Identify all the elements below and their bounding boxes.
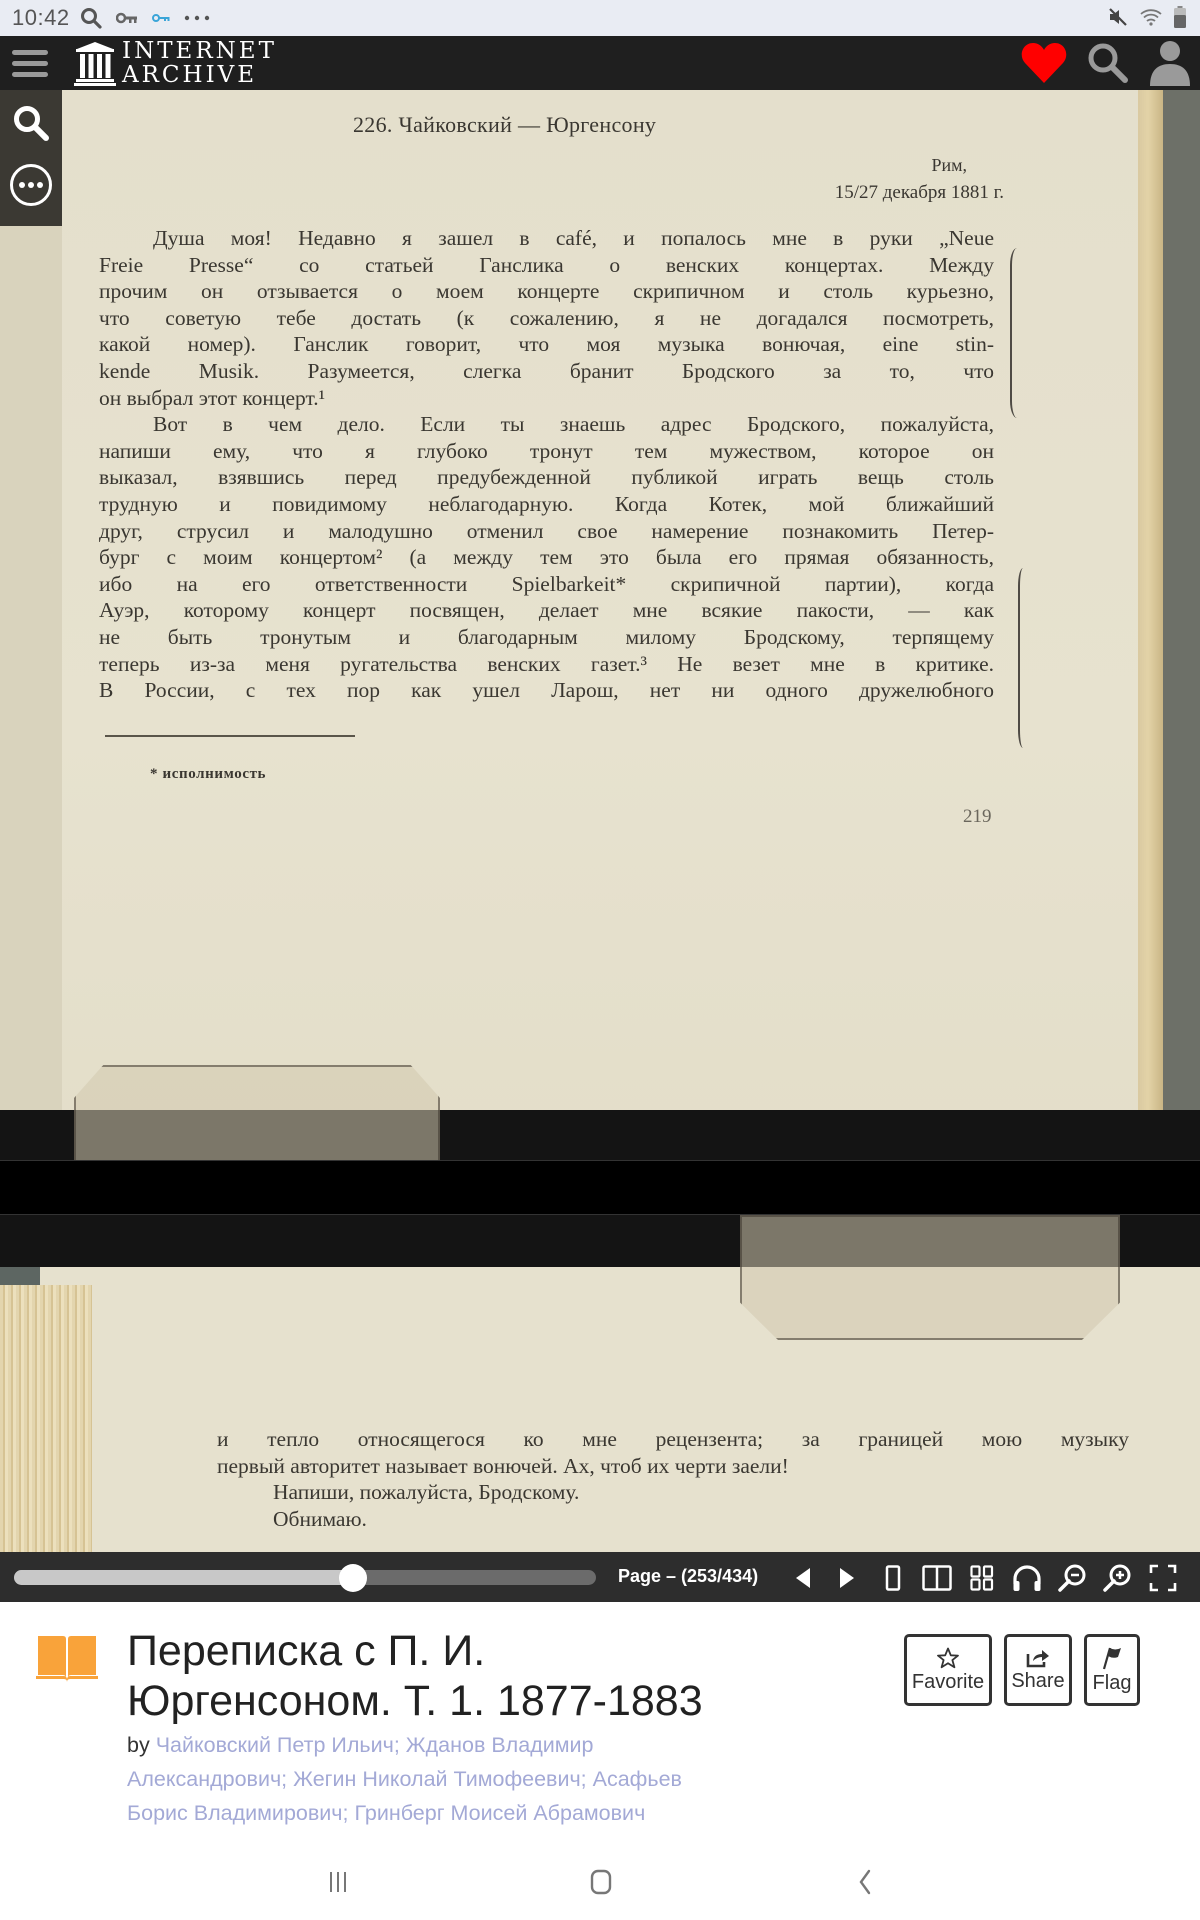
by-label: by <box>127 1733 150 1757</box>
text-line: Вот в чем дело. Если ты знаешь адрес Бро… <box>99 411 994 438</box>
text-line: Обнимаю. <box>217 1506 1129 1533</box>
item-title-line: Переписка с П. И. <box>127 1626 767 1676</box>
share-button[interactable]: Share <box>1004 1634 1072 1706</box>
logo-line-internet: INTERNET <box>122 39 277 63</box>
text-line: бург с моим концертом² (а между тем это … <box>99 544 994 571</box>
share-label: Share <box>1011 1670 1064 1693</box>
back-icon[interactable] <box>835 1862 895 1902</box>
pencil-margin-mark <box>1018 568 1028 748</box>
text-line: первый авторитет называет вонючей. Ах, ч… <box>217 1453 1129 1480</box>
page-clamp <box>74 1065 440 1175</box>
text-line: Ауэр, которому концерт посвящен, делает … <box>99 597 994 624</box>
item-title-line: Юргенсоном. Т. 1. 1877-1883 <box>127 1676 767 1726</box>
item-title: Переписка с П. И. Юргенсоном. Т. 1. 1877… <box>127 1626 767 1726</box>
zoom-in-icon[interactable] <box>1100 1561 1134 1595</box>
more-options-icon[interactable] <box>8 162 54 208</box>
item-info: Переписка с П. И. Юргенсоном. Т. 1. 1877… <box>0 1602 1200 1840</box>
search-icon <box>80 7 102 29</box>
letter-heading: 226. Чайковский — Юргенсону <box>353 112 656 138</box>
text-line: и тепло относящегося ко мне рецензента; … <box>217 1426 1129 1453</box>
logo-wordmark: INTERNET ARCHIVE <box>122 39 277 87</box>
text-line: Freie Presse“ со статьей Ганслика о венс… <box>99 252 994 279</box>
text-line: kende Musik. Разумеется, слегка бранит Б… <box>99 358 994 385</box>
side-panel <box>0 90 62 226</box>
vpn-key-icon <box>116 11 138 25</box>
pencil-margin-mark <box>1010 248 1024 418</box>
book-icon <box>36 1634 98 1687</box>
author-link[interactable]: Борис Владимирович; Гринберг Моисей Абра… <box>127 1801 645 1825</box>
author-link[interactable]: Чайковский Петр Ильич; Жданов Владимир <box>156 1733 594 1757</box>
wifi-icon <box>1140 8 1162 31</box>
page-slider[interactable] <box>14 1570 596 1585</box>
book-cover-edge <box>1163 90 1200 1160</box>
account-icon[interactable] <box>1144 36 1196 90</box>
battery-icon <box>1174 6 1186 33</box>
text-line: выказал, взявшись перед предубежденной п… <box>99 464 994 491</box>
letter-date: 15/27 декабря 1881 г. <box>835 182 1004 204</box>
read-aloud-icon[interactable] <box>1010 1561 1044 1595</box>
text-line: теперь из-за меня ругательства венских г… <box>99 651 994 678</box>
page-divider <box>0 1160 1200 1215</box>
recent-apps-icon[interactable] <box>308 1862 368 1902</box>
thumbnail-view-icon[interactable] <box>965 1561 999 1595</box>
share-icon <box>1026 1648 1050 1668</box>
text-line: прочим он отзывается о моем концерте скр… <box>99 278 994 305</box>
star-icon <box>936 1647 960 1669</box>
letter-place: Рим, <box>931 155 967 176</box>
text-line: что советую тебе достать (к сожалению, я… <box>99 305 994 332</box>
next-page-icon[interactable] <box>830 1561 864 1595</box>
flag-icon <box>1101 1646 1123 1670</box>
search-icon[interactable] <box>1082 36 1134 90</box>
page-fore-edge <box>0 1285 92 1552</box>
text-line: ибо на его ответственности Spielbarkeit*… <box>99 571 994 598</box>
text-line: не быть тронутым и благодарным милому Бр… <box>99 624 994 651</box>
favorite-button[interactable]: Favorite <box>904 1634 992 1706</box>
item-authors: by Чайковский Петр Ильич; Жданов Владими… <box>127 1728 767 1830</box>
printed-page-number: 219 <box>963 806 992 828</box>
logo-line-archive: ARCHIVE <box>122 63 277 87</box>
text-line: трудную и повидимому неблагодарную. Когд… <box>99 491 994 518</box>
flag-button[interactable]: Flag <box>1084 1634 1140 1706</box>
page-margin <box>0 90 62 1160</box>
android-nav-bar <box>0 1840 1200 1920</box>
book-reader-viewport[interactable]: 226. Чайковский — Юргенсону Рим, 15/27 д… <box>0 90 1200 1552</box>
text-line: он выбрал этот концерт.¹ <box>99 385 994 412</box>
page-indicator: Page – (253/434) <box>618 1566 758 1587</box>
text-line: напиши ему, что я глубоко тронут тем муж… <box>99 438 994 465</box>
search-inside-icon[interactable] <box>8 100 54 146</box>
reader-toolbar: Page – (253/434) <box>0 1552 1200 1602</box>
status-time: 10:42 <box>12 5 70 31</box>
zoom-out-icon[interactable] <box>1055 1561 1089 1595</box>
internet-archive-header: INTERNET ARCHIVE <box>0 36 1200 90</box>
flag-label: Flag <box>1093 1672 1132 1695</box>
letter-body: Душа моя! Недавно я зашел в café, и попа… <box>99 225 994 704</box>
text-line: друг, струсил и малодушно отменил свое н… <box>99 518 994 545</box>
text-line: Напиши, пожалуйста, Бродскому. <box>217 1479 1129 1506</box>
home-icon[interactable] <box>571 1862 631 1902</box>
footnote-rule <box>105 735 355 737</box>
mute-icon <box>1108 7 1128 32</box>
fullscreen-icon[interactable] <box>1146 1561 1180 1595</box>
page-slider-thumb[interactable] <box>339 1564 367 1592</box>
previous-page-icon[interactable] <box>786 1561 820 1595</box>
text-line: Душа моя! Недавно я зашел в café, и попа… <box>99 225 994 252</box>
page-fore-edge <box>1138 90 1163 1160</box>
favorite-heart-icon[interactable] <box>1018 36 1070 90</box>
archive-building-icon <box>74 40 116 86</box>
more-dots-icon <box>184 15 210 21</box>
page-slider-progress <box>14 1570 353 1585</box>
status-bar: 10:42 <box>0 0 1200 36</box>
footnote: * исполнимость <box>150 766 266 783</box>
one-page-view-icon[interactable] <box>876 1561 910 1595</box>
author-link[interactable]: Александрович; Жегин Николай Тимофеевич;… <box>127 1767 682 1791</box>
favorite-label: Favorite <box>912 1671 984 1694</box>
two-page-view-icon[interactable] <box>920 1561 954 1595</box>
page-clamp <box>740 1215 1120 1340</box>
key-icon <box>152 13 170 23</box>
menu-icon[interactable] <box>12 46 50 80</box>
text-line: какой номер). Ганслик говорит, что моя м… <box>99 331 994 358</box>
internet-archive-logo[interactable]: INTERNET ARCHIVE <box>74 38 277 88</box>
letter-body-continued: и тепло относящегося ко мне рецензента; … <box>217 1426 1129 1532</box>
text-line: В России, с тех пор как ушел Ларош, нет … <box>99 677 994 704</box>
